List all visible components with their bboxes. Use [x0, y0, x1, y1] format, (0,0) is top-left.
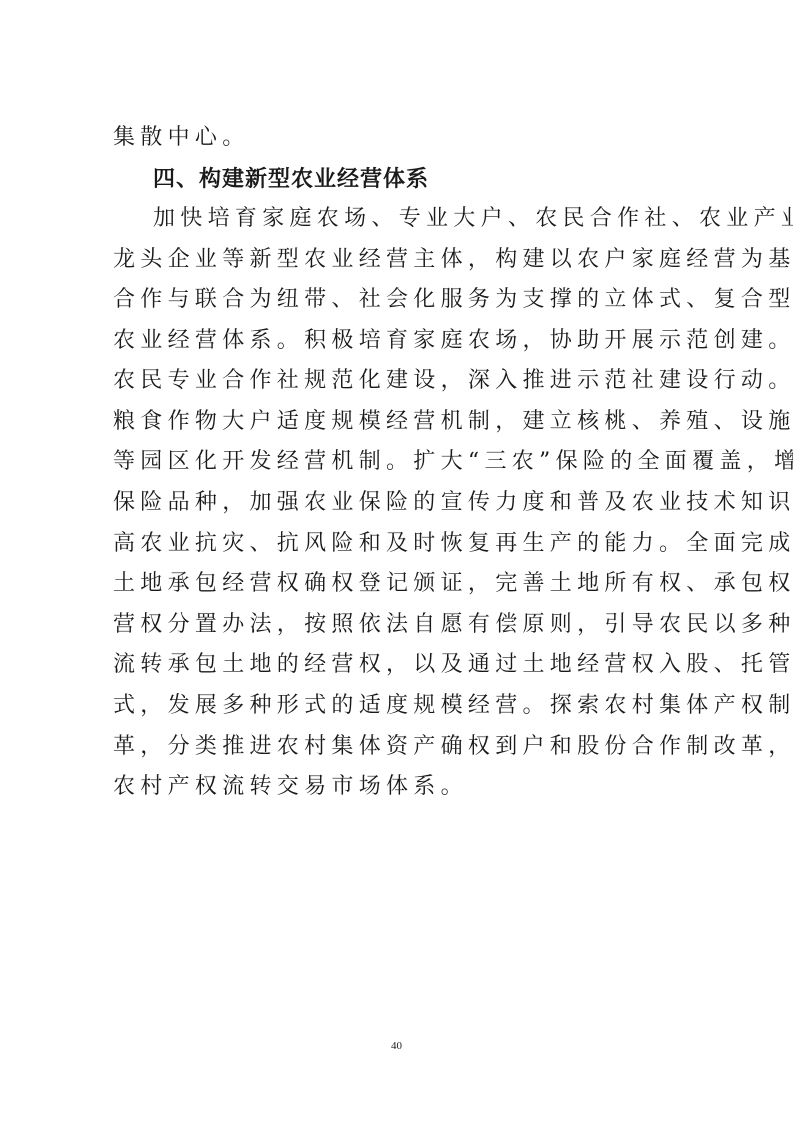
paragraph-line: 合作与联合为纽带、社会化服务为支撑的立体式、复合型现代	[113, 280, 693, 320]
paragraph-line: 等园区化开发经营机制。扩大“三农”保险的全面覆盖，增加	[113, 442, 693, 482]
section-heading: 四、构建新型农业经营体系	[153, 160, 733, 200]
paragraph-line: 保险品种，加强农业保险的宣传力度和普及农业技术知识，提	[113, 483, 693, 523]
paragraph-line: 式，发展多种形式的适度规模经营。探索农村集体产权制度改	[113, 686, 693, 726]
paragraph-line: 土地承包经营权确权登记颁证，完善土地所有权、承包权、经	[113, 564, 693, 604]
paragraph-line: 农村产权流转交易市场体系。	[113, 767, 693, 807]
paragraph-line: 农业经营体系。积极培育家庭农场，协助开展示范创建。加强	[113, 321, 693, 361]
document-page: 集散中心。 四、构建新型农业经营体系 加快培育家庭农场、专业大户、农民合作社、农…	[0, 0, 793, 1122]
paragraph-line: 农民专业合作社规范化建设，深入推进示范社建设行动。建立	[113, 361, 693, 401]
paragraph-line: 革，分类推进农村集体资产确权到户和股份合作制改革，建设	[113, 727, 693, 767]
paragraph-line: 营权分置办法，按照依法自愿有偿原则，引导农民以多种方式	[113, 605, 693, 645]
paragraph-line: 加快培育家庭农场、专业大户、农民合作社、农业产业化	[153, 199, 733, 239]
paragraph-continuation-line: 集散中心。	[113, 118, 693, 158]
paragraph-line: 粮食作物大户适度规模经营机制，建立核桃、养殖、设施蔬菜	[113, 402, 693, 442]
paragraph-line: 高农业抗灾、抗风险和及时恢复再生产的能力。全面完成农村	[113, 524, 693, 564]
paragraph-line: 龙头企业等新型农业经营主体，构建以农户家庭经营为基础、	[113, 240, 693, 280]
paragraph-line: 流转承包土地的经营权，以及通过土地经营权入股、托管等方	[113, 645, 693, 685]
page-number: 40	[0, 1040, 793, 1052]
